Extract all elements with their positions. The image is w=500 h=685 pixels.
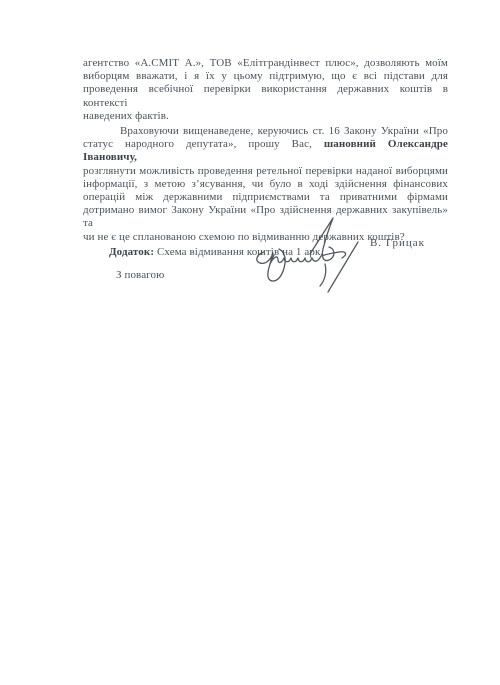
text-line: Враховуючи вищенаведене, керуючись ст. 1… xyxy=(83,125,448,138)
signatory-name: В. Грицак xyxy=(370,237,425,249)
text-line: розглянути можливість проведення ретельн… xyxy=(83,165,448,178)
text-line: проведення всебічної перевірки використа… xyxy=(83,83,448,109)
text-line: операцій між державними підприємствами т… xyxy=(83,191,448,204)
text-line: інформації, з метою з’ясування, чи було … xyxy=(83,178,448,191)
text-line: наведених фактів. xyxy=(83,110,448,123)
text-segment: статус народного депутата», прошу Вас, xyxy=(83,138,312,150)
text-line: виборцям вважати, і я їх у цьому підтрим… xyxy=(83,70,448,83)
paragraph-1: агентство «А.СМІТ А.», ТОВ «Елітграндінв… xyxy=(83,57,448,123)
attachment-label: Додаток: xyxy=(109,246,154,258)
text-line: статус народного депутата», прошу Вас, ш… xyxy=(83,138,448,164)
scanned-letter-page: агентство «А.СМІТ А.», ТОВ «Елітграндінв… xyxy=(0,0,500,685)
text-line: агентство «А.СМІТ А.», ТОВ «Елітграндінв… xyxy=(83,57,448,70)
handwritten-signature-icon xyxy=(250,208,368,296)
